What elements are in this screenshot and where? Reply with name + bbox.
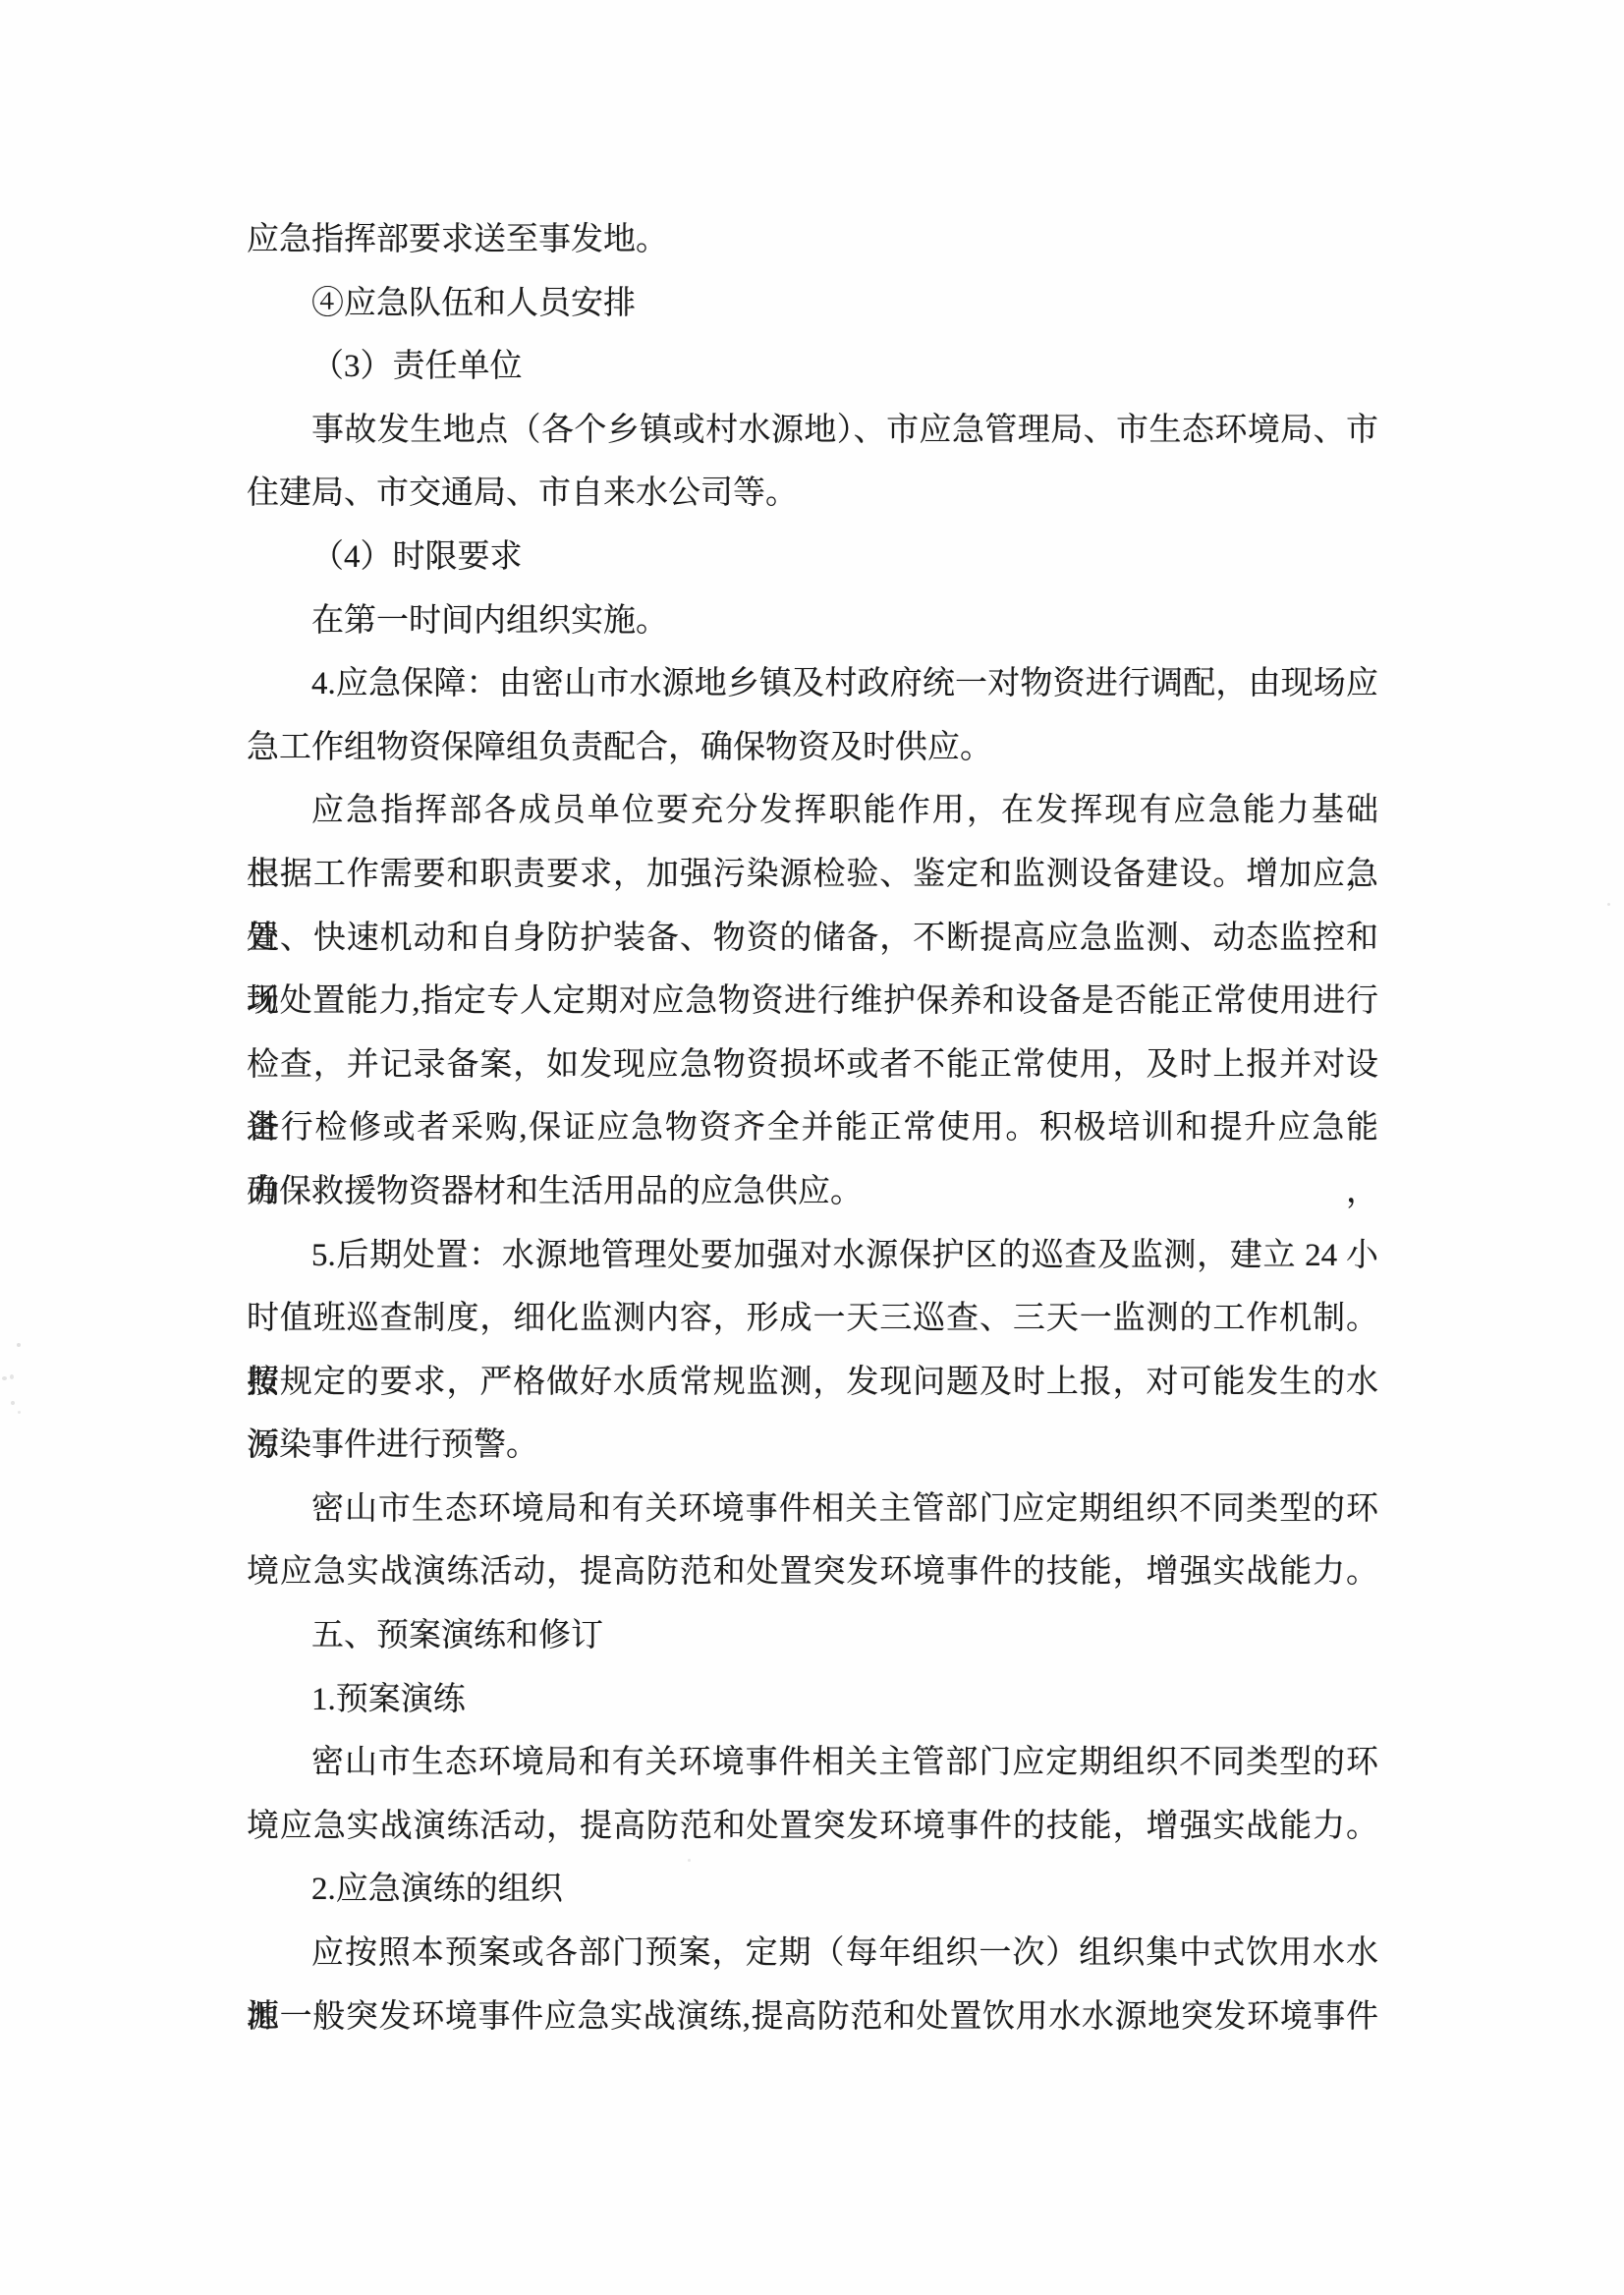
scan-speck	[11, 1401, 15, 1405]
text-line: 进行检修或者采购,保证应急物资齐全并能正常使用。积极培训和提升应急能力，	[247, 1096, 1378, 1160]
text-line: （3）责任单位	[247, 335, 1378, 399]
text-line: （4）时限要求	[247, 526, 1378, 589]
text-line: 地一般突发环境事件应急实战演练,提高防范和处置饮用水水源地突发环境事件	[247, 1986, 1378, 2049]
text-line: 应按照本预案或各部门预案，定期（每年组织一次）组织集中式饮用水水源	[247, 1922, 1378, 1986]
text-line: 2.应急演练的组织	[247, 1858, 1378, 1922]
text-line: 急工作组物资保障组负责配合，确保物资及时供应。	[247, 716, 1378, 780]
text-line: 事故发生地点（各个乡镇或村水源地）、市应急管理局、市生态环境局、市	[247, 399, 1378, 463]
text-line: 境应急实战演练活动，提高防范和处置突发环境事件的技能，增强实战能力。	[247, 1795, 1378, 1859]
text-line: 照规定的要求，严格做好水质常规监测，发现问题及时上报，对可能发生的水源	[247, 1351, 1378, 1415]
text-line: 密山市生态环境局和有关环境事件相关主管部门应定期组织不同类型的环	[247, 1478, 1378, 1541]
document-text-block: 应急指挥部要求送至事发地。④应急队伍和人员安排（3）责任单位事故发生地点（各个乡…	[247, 208, 1378, 2048]
scan-speck	[17, 1343, 21, 1347]
text-line: 五、预案演练和修订	[247, 1604, 1378, 1668]
text-line: 置、快速机动和自身防护装备、物资的储备，不断提高应急监测、动态监控和现	[247, 907, 1378, 971]
text-line: 在第一时间内组织实施。	[247, 589, 1378, 653]
text-line: 检查，并记录备案，如发现应急物资损坏或者不能正常使用，及时上报并对设备	[247, 1034, 1378, 1097]
scan-speck	[1607, 903, 1610, 906]
document-page: 应急指挥部要求送至事发地。④应急队伍和人员安排（3）责任单位事故发生地点（各个乡…	[0, 0, 1624, 2295]
text-line: 应急指挥部各成员单位要充分发挥职能作用，在发挥现有应急能力基础上，	[247, 779, 1378, 843]
text-line: 境应急实战演练活动，提高防范和处置突发环境事件的技能，增强实战能力。	[247, 1540, 1378, 1604]
text-line: 污染事件进行预警。	[247, 1414, 1378, 1478]
scan-speck	[10, 1374, 14, 1379]
scan-speck	[18, 1411, 21, 1414]
text-line: ④应急队伍和人员安排	[247, 272, 1378, 336]
text-line: 时值班巡查制度，细化监测内容，形成一天三巡查、三天一监测的工作机制。按	[247, 1287, 1378, 1351]
text-line: 场处置能力,指定专人定期对应急物资进行维护保养和设备是否能正常使用进行	[247, 970, 1378, 1034]
text-line: 4.应急保障：由密山市水源地乡镇及村政府统一对物资进行调配，由现场应	[247, 652, 1378, 716]
text-line: 密山市生态环境局和有关环境事件相关主管部门应定期组织不同类型的环	[247, 1731, 1378, 1795]
text-line: 住建局、市交通局、市自来水公司等。	[247, 462, 1378, 526]
text-line: 根据工作需要和职责要求，加强污染源检验、鉴定和监测设备建设。增加应急处	[247, 843, 1378, 907]
scan-speck	[688, 1859, 691, 1862]
text-line: 应急指挥部要求送至事发地。	[247, 208, 1378, 272]
text-line: 5.后期处置：水源地管理处要加强对水源保护区的巡查及监测，建立 24 小	[247, 1224, 1378, 1288]
scan-speck	[2, 1376, 7, 1380]
text-line: 1.预案演练	[247, 1668, 1378, 1732]
